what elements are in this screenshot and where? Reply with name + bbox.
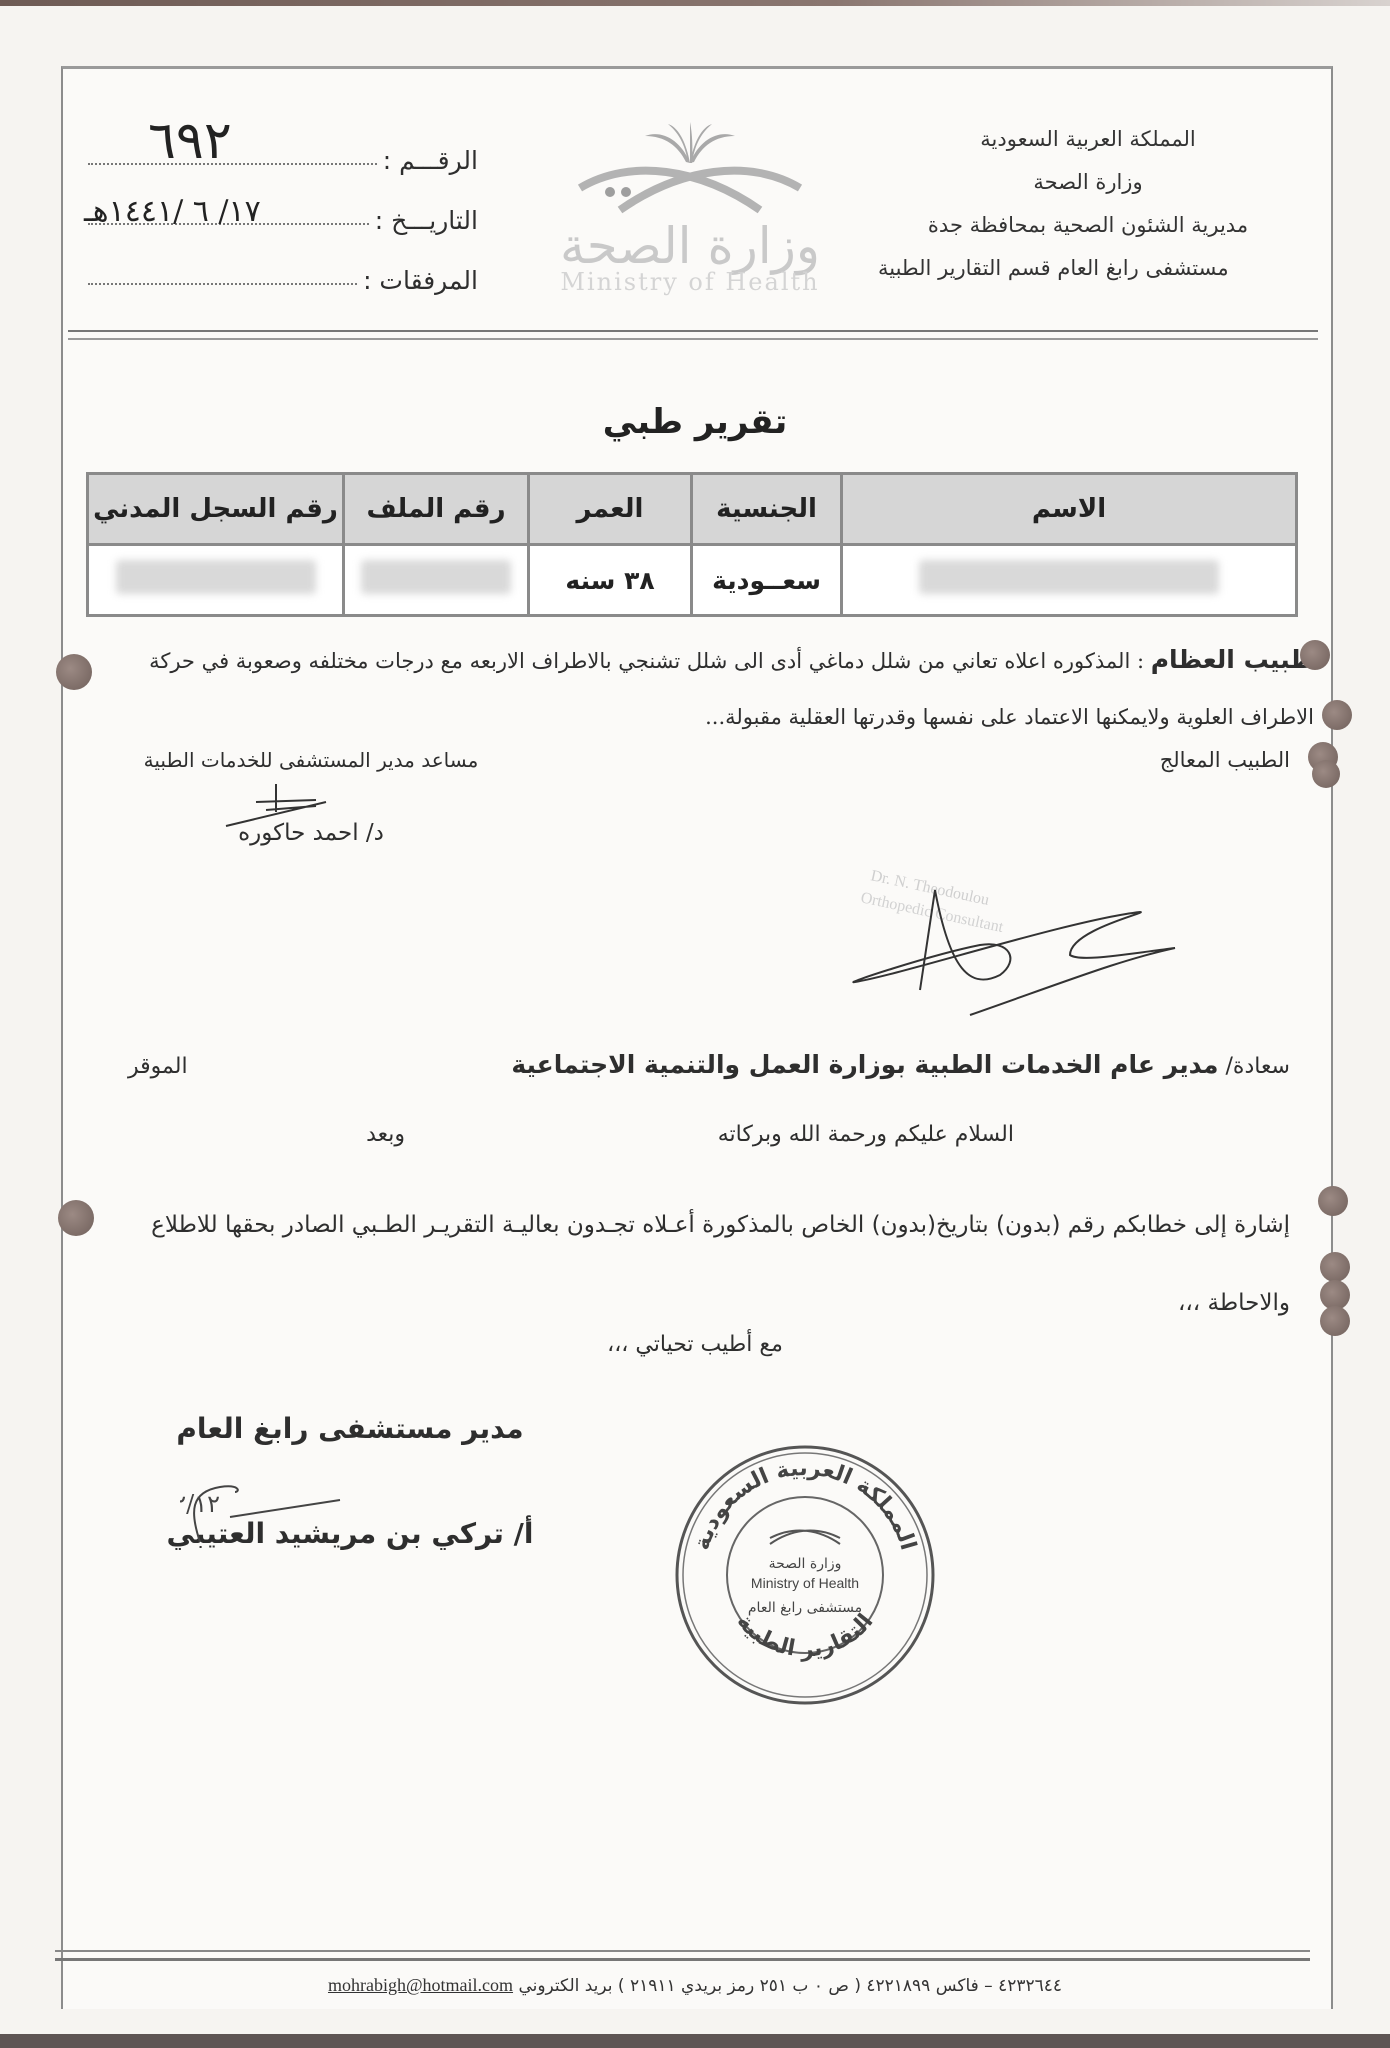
col-civil-id: رقم السجل المدني (88, 474, 344, 545)
attachments-label: المرفقات : (363, 266, 478, 295)
cell-nationality: سعــودية (692, 545, 842, 616)
cell-name (842, 545, 1297, 616)
punch-hole (1318, 1186, 1348, 1216)
scan-edge-bottom (0, 2034, 1390, 2048)
cell-file-number (344, 545, 529, 616)
ministry-logo: وزارة الصحة Ministry of Health (520, 118, 860, 308)
punch-hole (1322, 700, 1352, 730)
director-role: مدير مستشفى رابغ العام (150, 1412, 550, 1445)
attachments-value (88, 253, 357, 285)
respected-label: الموقر (128, 1054, 188, 1079)
redacted-file-number (361, 560, 511, 594)
official-stamp-icon: المملكة العربية السعودية التقارير الطبية… (670, 1440, 940, 1710)
table-row: سعــودية ٣٨ سنه (88, 545, 1297, 616)
patient-info-table: الاسم الجنسية العمر رقم الملف رقم السجل … (86, 472, 1298, 617)
svg-text:٢٠٢٠/٢/١٢: ٢٠٢٠/٢/١٢ (180, 1490, 220, 1518)
attachments-field: المرفقات : (88, 235, 478, 295)
assistant-title: مساعد مدير المستشفى للخدمات الطبية (126, 748, 496, 772)
footer-contact: ٤٢٣٢٦٤٤ – فاكس ٤٢٢١٨٩٩ ( ص ٠ ب ٢٥١ رمز ب… (0, 1975, 1390, 1996)
document-frame (61, 66, 1333, 2009)
document-title: تقرير طبي (0, 402, 1390, 442)
punch-hole (1320, 1252, 1350, 1282)
greeting-text: السلام عليكم ورحمة الله وبركاته (718, 1122, 1014, 1147)
email-link[interactable]: mohrabigh@hotmail.com (328, 1975, 513, 1995)
number-field: الرقـــم : ٦٩٢ (88, 115, 478, 175)
letter-closing: مع أطيب تحياتي ،،، (0, 1332, 1390, 1357)
logo-text-arabic: وزارة الصحة (520, 218, 860, 274)
punch-hole (1300, 640, 1330, 670)
reference-fields: الرقـــم : ٦٩٢ التاريـــخ : ١٧/ ٦ /١٤٤١ه… (88, 115, 478, 295)
director-signature-block: مدير مستشفى رابغ العام ٢٠٢٠/٢/١٢ أ/ تركي… (150, 1412, 550, 1550)
logo-text-english: Ministry of Health (520, 268, 860, 296)
issuer-country: المملكة العربية السعودية (878, 118, 1298, 161)
director-signature-icon: ٢٠٢٠/٢/١٢ (180, 1462, 380, 1552)
footer-divider (55, 1950, 1310, 1961)
specialty-label: طبيب العظام (1151, 645, 1314, 674)
cell-age: ٣٨ سنه (529, 545, 692, 616)
punch-hole (58, 1200, 94, 1236)
number-label: الرقـــم : (383, 146, 478, 175)
svg-text:التقارير الطبية: التقارير الطبية (732, 1609, 879, 1662)
punch-hole (56, 654, 92, 690)
redacted-name (919, 560, 1219, 594)
treating-physician-label: الطبيب المعالج (1160, 748, 1290, 772)
col-name: الاسم (842, 474, 1297, 545)
date-label: التاريـــخ : (375, 206, 478, 235)
col-file-number: رقم الملف (344, 474, 529, 545)
number-value: ٦٩٢ (148, 111, 232, 171)
medical-report-text: طبيب العظام : المذكوره اعلاه تعاني من شل… (74, 632, 1314, 745)
issuer-hospital-dept: مستشفى رابغ العام قسم التقارير الطبية (878, 247, 1298, 290)
salutation-prefix: سعادة/ (1219, 1054, 1290, 1079)
assistant-director-signature: مساعد مدير المستشفى للخدمات الطبية د/ اح… (126, 748, 496, 846)
punch-hole (1312, 760, 1340, 788)
punch-hole (1320, 1306, 1350, 1336)
header-divider (68, 330, 1318, 340)
cell-civil-id (88, 545, 344, 616)
letter-addressee: سعادة/ مدير عام الخدمات الطبية بوزارة ال… (80, 1050, 1290, 1079)
treating-physician-signature-icon: Dr. N. Theodoulou Orthopedic Consultant (820, 850, 1190, 1030)
redacted-civil-id (116, 560, 316, 594)
issuer-directorate: مديرية الشئون الصحية بمحافظة جدة (878, 204, 1298, 247)
col-nationality: الجنسية (692, 474, 842, 545)
recipient-title: مدير عام الخدمات الطبية بوزارة العمل وال… (511, 1050, 1218, 1079)
letterhead-issuer: المملكة العربية السعودية وزارة الصحة مدي… (878, 118, 1298, 290)
svg-text:مستشفى رابغ العام: مستشفى رابغ العام (748, 1600, 862, 1616)
scan-edge-top (0, 0, 1390, 6)
issuer-ministry: وزارة الصحة (878, 161, 1298, 204)
letter-body: إشارة إلى خطابكم رقم (بدون) بتاريخ(بدون)… (70, 1186, 1290, 1342)
assistant-signature-icon (216, 772, 336, 832)
contact-info: ٤٢٣٢٦٤٤ – فاكس ٤٢٢١٨٩٩ ( ص ٠ ب ٢٥١ رمز ب… (518, 1976, 1062, 1996)
date-field: التاريـــخ : ١٧/ ٦ /١٤٤١هـ (88, 175, 478, 235)
date-value: ١٧/ ٦ /١٤٤١هـ (84, 194, 261, 229)
after-greeting: وبعد (366, 1122, 405, 1147)
table-header-row: الاسم الجنسية العمر رقم الملف رقم السجل … (88, 474, 1297, 545)
svg-text:Ministry of Health: Ministry of Health (751, 1575, 859, 1591)
col-age: العمر (529, 474, 692, 545)
palm-swords-emblem-icon (540, 118, 840, 218)
svg-text:المملكة العربية السعودية: المملكة العربية السعودية (690, 1456, 921, 1553)
svg-text:وزارة الصحة: وزارة الصحة (769, 1556, 842, 1572)
